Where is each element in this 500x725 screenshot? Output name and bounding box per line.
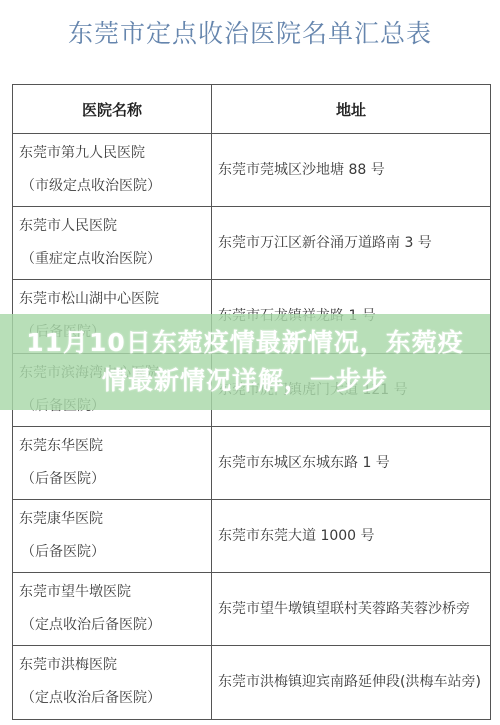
hospital-category: （定点收治后备医院） (19, 682, 205, 715)
table-header-row: 医院名称 地址 (13, 85, 491, 134)
document-title: 东莞市定点收治医院名单汇总表 (0, 14, 500, 54)
hospital-name-cell: 东莞市人民医院 （重症定点收治医院） (13, 207, 212, 280)
hospital-name-cell: 东莞市第九人民医院 （市级定点收治医院） (13, 134, 212, 207)
hospital-address: 东莞市莞城区沙地塘 88 号 (212, 134, 491, 207)
column-header-address: 地址 (212, 85, 491, 134)
column-header-hospital-name: 医院名称 (13, 85, 212, 134)
headline-overlay-banner: 11月10日东菀疫情最新情况，东菀疫情最新情况详解，一步步 (0, 314, 490, 410)
hospital-name: 东莞东华医院 (19, 430, 205, 463)
hospital-name-cell: 东莞市望牛墩医院 （定点收治后备医院） (13, 573, 212, 646)
table-row: 东莞康华医院 （后备医院） 东莞市东莞大道 1000 号 (13, 499, 491, 572)
table-row: 东莞市洪梅医院 （定点收治后备医院） 东莞市洪梅镇迎宾南路延伸段(洪梅车站旁) (13, 646, 491, 719)
hospital-category: （定点收治后备医院） (19, 609, 205, 642)
hospital-category: （市级定点收治医院） (19, 170, 205, 203)
headline-text: 11月10日东菀疫情最新情况，东菀疫情最新情况详解，一步步 (20, 324, 470, 400)
table-row: 东莞市人民医院 （重症定点收治医院） 东莞市万江区新谷涌万道路南 3 号 (13, 207, 491, 280)
table-row: 东莞东华医院 （后备医院） 东莞市东城区东城东路 1 号 (13, 426, 491, 499)
table-row: 东莞市第九人民医院 （市级定点收治医院） 东莞市莞城区沙地塘 88 号 (13, 134, 491, 207)
hospital-name: 东莞市松山湖中心医院 (19, 283, 205, 316)
hospital-category: （重症定点收治医院） (19, 243, 205, 276)
hospital-address: 东莞市东莞大道 1000 号 (212, 499, 491, 572)
hospital-category: （后备医院） (19, 536, 205, 569)
hospital-name: 东莞市第九人民医院 (19, 137, 205, 170)
hospital-address: 东莞市望牛墩镇望联村芙蓉路芙蓉沙桥旁 (212, 573, 491, 646)
table-row: 东莞市望牛墩医院 （定点收治后备医院） 东莞市望牛墩镇望联村芙蓉路芙蓉沙桥旁 (13, 573, 491, 646)
hospital-address: 东莞市洪梅镇迎宾南路延伸段(洪梅车站旁) (212, 646, 491, 719)
hospital-name: 东莞康华医院 (19, 503, 205, 536)
hospital-name-cell: 东莞东华医院 （后备医院） (13, 426, 212, 499)
hospital-name: 东莞市望牛墩医院 (19, 576, 205, 609)
hospital-name: 东莞市洪梅医院 (19, 649, 205, 682)
hospital-category: （后备医院） (19, 463, 205, 496)
hospital-address: 东莞市万江区新谷涌万道路南 3 号 (212, 207, 491, 280)
hospital-name-cell: 东莞康华医院 （后备医院） (13, 499, 212, 572)
hospital-name: 东莞市人民医院 (19, 210, 205, 243)
hospital-name-cell: 东莞市洪梅医院 （定点收治后备医院） (13, 646, 212, 719)
hospital-address: 东莞市东城区东城东路 1 号 (212, 426, 491, 499)
